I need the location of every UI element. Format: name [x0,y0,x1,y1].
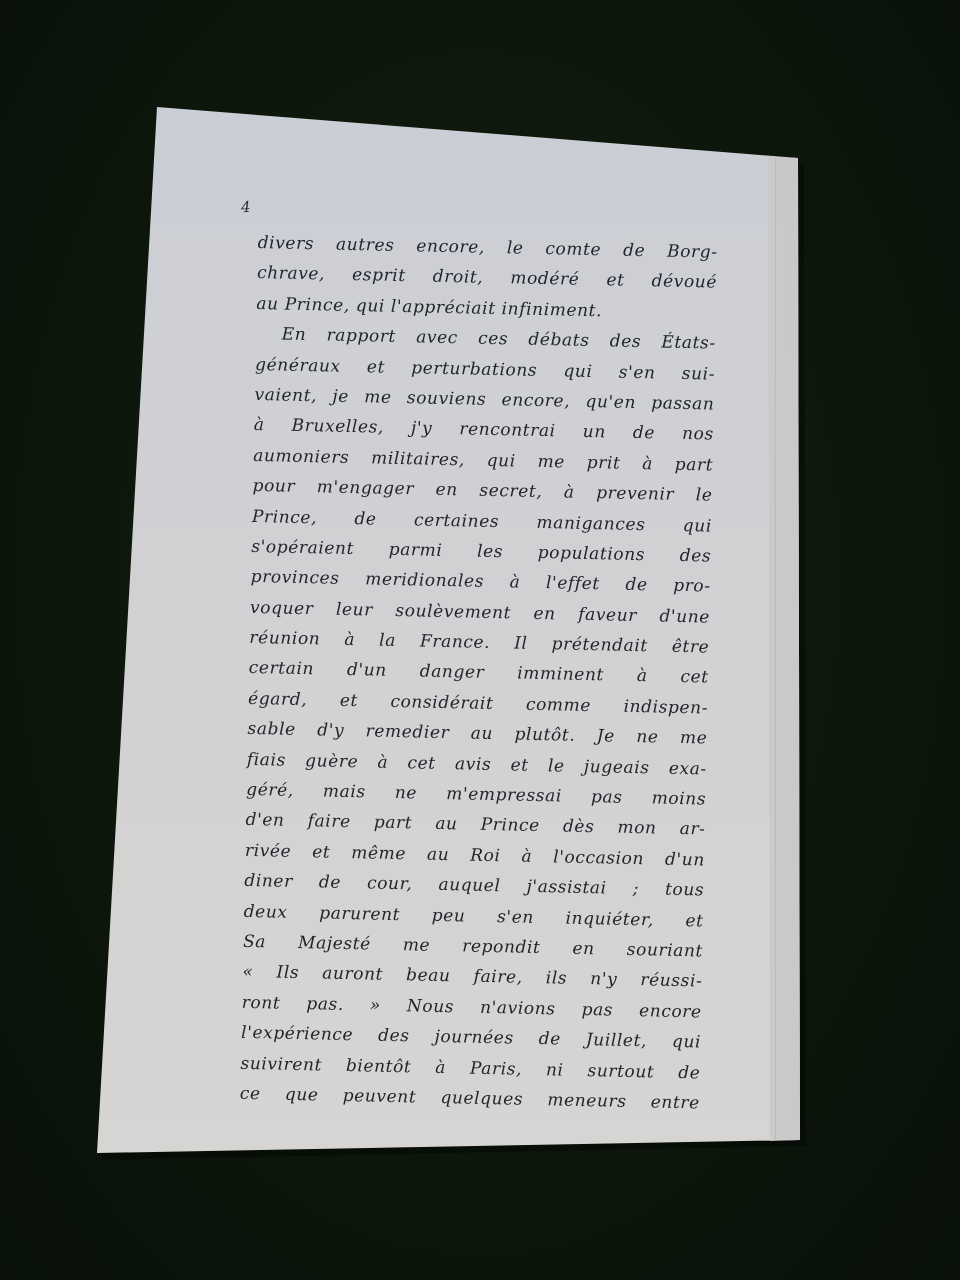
page-number: 4 [240,198,251,217]
page-edge-line [775,158,776,1140]
manuscript-text: divers autres encore, le comte de Borg- … [240,228,718,1119]
photo-scene: 4 divers autres encore, le comte de Borg… [0,0,960,1280]
